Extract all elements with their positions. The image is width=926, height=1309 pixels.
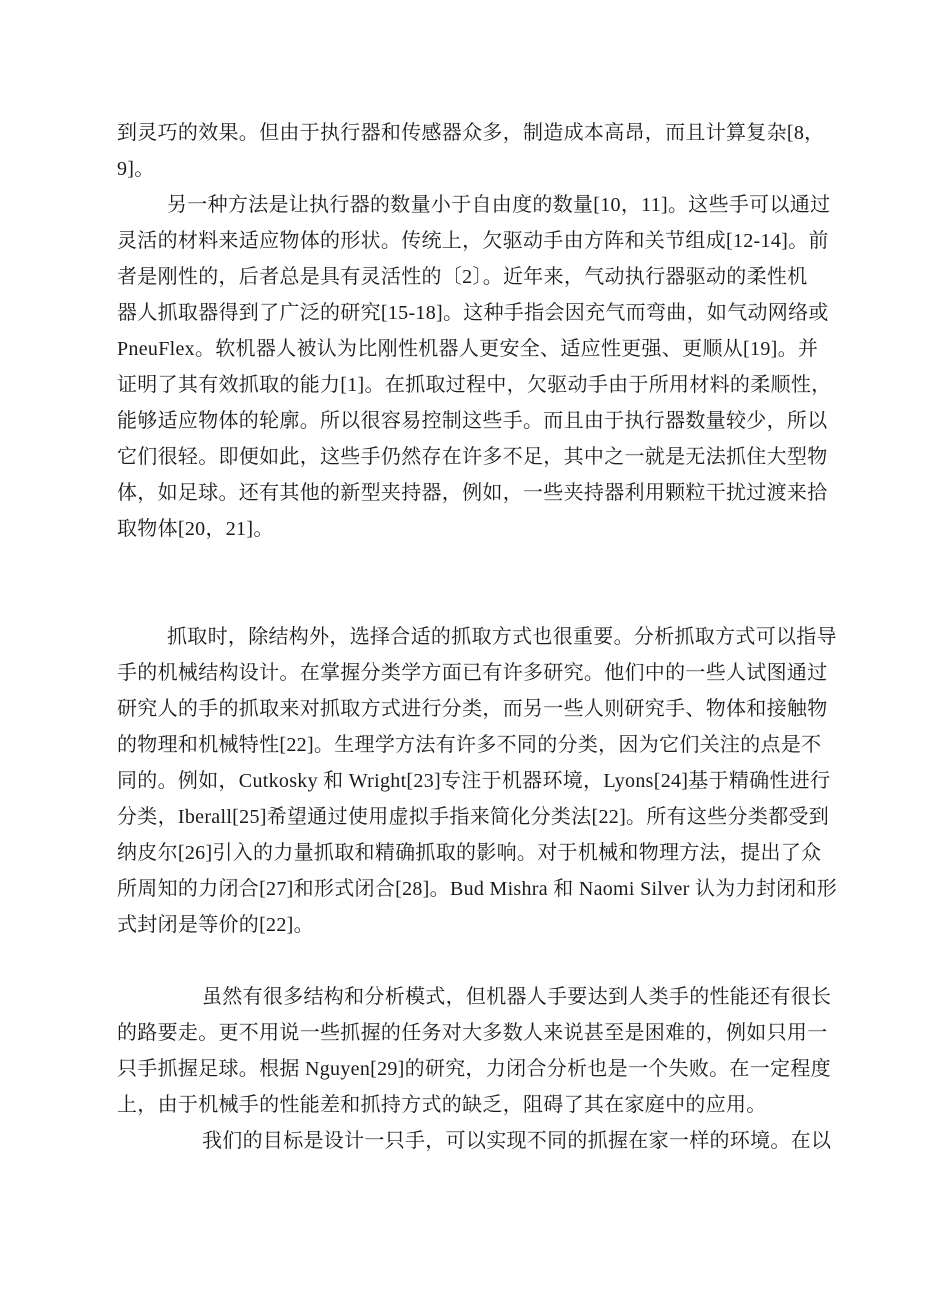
text-line: 纳皮尔[26]引入的力量抓取和精确抓取的影响。对于机械和物理方法，提出了众	[117, 835, 886, 871]
paragraph-2: 另一种方法是让执行器的数量小于自由度的数量[10，11]。这些手可以通过 灵活的…	[117, 187, 886, 547]
text-line: 抓取时，除结构外，选择合适的抓取方式也很重要。分析抓取方式可以指导	[117, 619, 886, 655]
text-line: 证明了其有效抓取的能力[1]。在抓取过程中，欠驱动手由于所用材料的柔顺性，	[117, 367, 886, 403]
blank-line-gap	[117, 547, 886, 619]
text-line: 灵活的材料来适应物体的形状。传统上，欠驱动手由方阵和关节组成[12-14]。前	[117, 223, 886, 259]
text-line: 我们的目标是设计一只手，可以实现不同的抓握在家一样的环境。在以	[117, 1123, 886, 1159]
paragraph-3: 抓取时，除结构外，选择合适的抓取方式也很重要。分析抓取方式可以指导 手的机械结构…	[117, 619, 886, 943]
text-line: 它们很轻。即便如此，这些手仍然存在许多不足，其中之一就是无法抓住大型物	[117, 439, 886, 475]
text-line: 分类，Iberall[25]希望通过使用虚拟手指来简化分类法[22]。所有这些分…	[117, 799, 886, 835]
blank-line-gap	[117, 943, 886, 979]
text-line: 取物体[20，21]。	[117, 511, 886, 547]
text-line: 上，由于机械手的性能差和抓持方式的缺乏，阻碍了其在家庭中的应用。	[117, 1087, 886, 1123]
text-line: 另一种方法是让执行器的数量小于自由度的数量[10，11]。这些手可以通过	[117, 187, 886, 223]
text-line: 能够适应物体的轮廓。所以很容易控制这些手。而且由于执行器数量较少，所以	[117, 403, 886, 439]
text-line: 手的机械结构设计。在掌握分类学方面已有许多研究。他们中的一些人试图通过	[117, 655, 886, 691]
text-line: 到灵巧的效果。但由于执行器和传感器众多，制造成本高昂，而且计算复杂[8，	[117, 115, 886, 151]
text-line: 器人抓取器得到了广泛的研究[15-18]。这种手指会因充气而弯曲，如气动网络或	[117, 295, 886, 331]
text-line: 虽然有很多结构和分析模式，但机器人手要达到人类手的性能还有很长	[117, 979, 886, 1015]
text-line: 只手抓握足球。根据 Nguyen[29]的研究，力闭合分析也是一个失败。在一定程…	[117, 1051, 886, 1087]
paragraph-4: 虽然有很多结构和分析模式，但机器人手要达到人类手的性能还有很长 的路要走。更不用…	[117, 979, 886, 1123]
text-line: PneuFlex。软机器人被认为比刚性机器人更安全、适应性更强、更顺从[19]。…	[117, 331, 886, 367]
text-line: 同的。例如，Cutkosky 和 Wright[23]专注于机器环境，Lyons…	[117, 763, 886, 799]
text-line: 的物理和机械特性[22]。生理学方法有许多不同的分类，因为它们关注的点是不	[117, 727, 886, 763]
text-line: 所周知的力闭合[27]和形式闭合[28]。Bud Mishra 和 Naomi …	[117, 871, 886, 907]
paragraph-5: 我们的目标是设计一只手，可以实现不同的抓握在家一样的环境。在以	[117, 1123, 886, 1159]
text-line: 的路要走。更不用说一些抓握的任务对大多数人来说甚至是困难的，例如只用一	[117, 1015, 886, 1051]
text-line: 研究人的手的抓取来对抓取方式进行分类，而另一些人则研究手、物体和接触物	[117, 691, 886, 727]
document-page[interactable]: 到灵巧的效果。但由于执行器和传感器众多，制造成本高昂，而且计算复杂[8， 9]。…	[0, 0, 926, 1309]
text-line: 式封闭是等价的[22]。	[117, 907, 886, 943]
text-line: 9]。	[117, 151, 886, 187]
paragraph-1: 到灵巧的效果。但由于执行器和传感器众多，制造成本高昂，而且计算复杂[8， 9]。	[117, 115, 886, 187]
text-line: 者是刚性的，后者总是具有灵活性的〔2〕。近年来，气动执行器驱动的柔性机	[117, 259, 886, 295]
text-line: 体，如足球。还有其他的新型夹持器，例如，一些夹持器利用颗粒干扰过渡来拾	[117, 475, 886, 511]
